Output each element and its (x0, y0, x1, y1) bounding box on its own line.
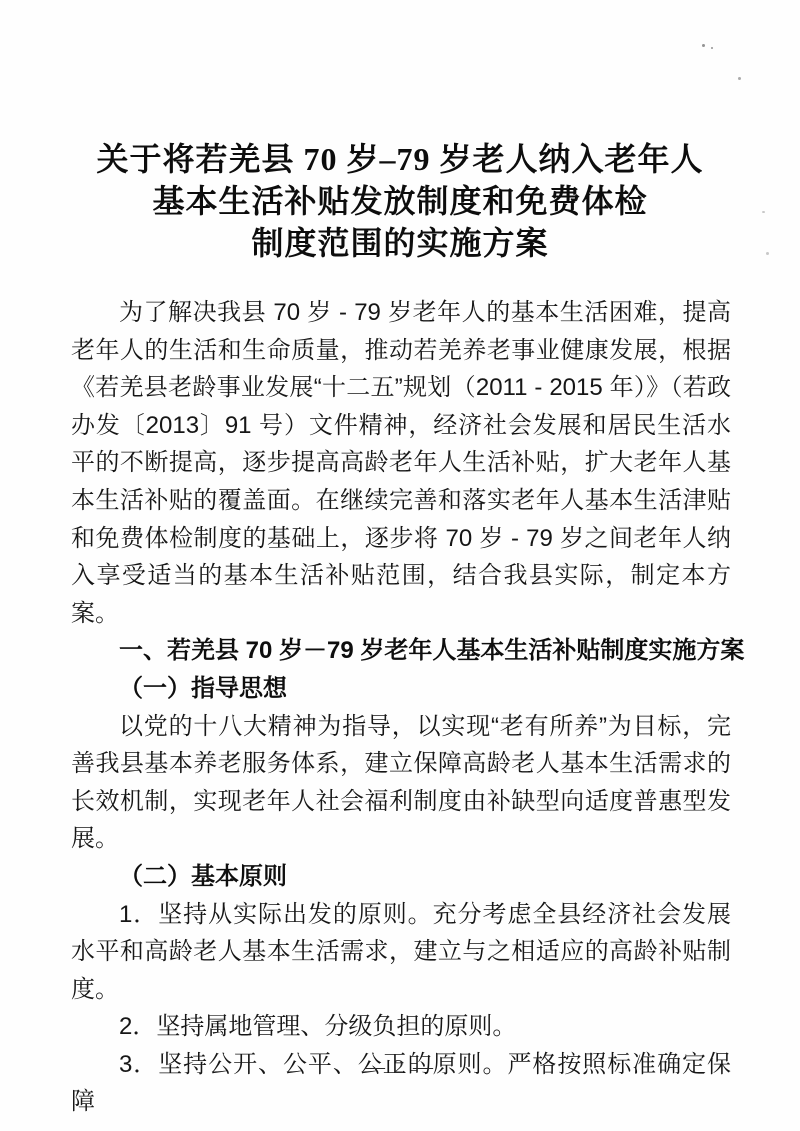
document-body: 为了解决我县 70 岁 - 79 岁老年人的基本生活困难，提高老年人的生活和生命… (71, 294, 731, 1121)
scanned-document-page: 关于将若羌县 70 岁–79 岁老人纳入老年人基本生活补贴发放制度和免费体检制度… (0, 0, 800, 1131)
title-line: 制度范围的实施方案 (0, 222, 800, 264)
paragraph: 2．坚持属地管理、分级负担的原则。 (71, 1008, 731, 1046)
scan-speck (702, 44, 705, 47)
paragraph: 为了解决我县 70 岁 - 79 岁老年人的基本生活困难，提高老年人的生活和生命… (71, 294, 731, 632)
section-heading: 一、若羌县 70 岁－79 岁老年人基本生活补贴制度实施方案 (71, 632, 731, 670)
paragraph: 以党的十八大精神为指导，以实现“老有所养”为目标，完善我县基本养老服务体系，建立… (71, 708, 731, 858)
page-number: — 2 — (0, 1056, 800, 1079)
scan-speck (738, 77, 741, 80)
paragraph: 1．坚持从实际出发的原则。充分考虑全县经济社会发展水平和高龄老人基本生活需求，建… (71, 896, 731, 1009)
section-heading: （一）指导思想 (71, 670, 731, 708)
section-heading: （二）基本原则 (71, 858, 731, 896)
title-line: 关于将若羌县 70 岁–79 岁老人纳入老年人 (0, 138, 800, 180)
title-line: 基本生活补贴发放制度和免费体检 (0, 180, 800, 222)
scan-speck (711, 47, 713, 49)
document-title: 关于将若羌县 70 岁–79 岁老人纳入老年人基本生活补贴发放制度和免费体检制度… (0, 138, 800, 264)
